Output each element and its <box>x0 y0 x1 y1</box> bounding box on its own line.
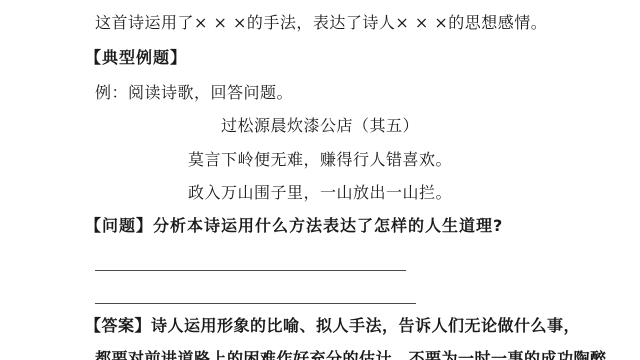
document-page: { "page": { "background_color": "#ffffff… <box>0 0 640 360</box>
poem-line-2: 政入万山围子里，一山放出一山拦。 <box>0 183 640 202</box>
example-lead-text: 例：阅读诗歌，回答问题。 <box>95 83 293 102</box>
answer-line-1: 【答案】诗人运用形象的比喻、拟人手法，告诉人们无论做什么事， <box>85 316 580 335</box>
intro-line: 这首诗运用了× × ×的手法，表达了诗人× × ×的思想感情。 <box>95 13 547 32</box>
answer-line-2-cutoff: 都要对前进道路上的困难作好充分的估计，不要为一时一事的成功陶醉 <box>95 349 607 360</box>
answer-blank-line-2 <box>95 303 416 304</box>
answer-blank-line-1 <box>95 270 406 271</box>
question-line: 【问题】分析本诗运用什么方法表达了怎样的人生道理? <box>85 216 503 235</box>
section-heading-typical-example: 【典型例题】 <box>85 48 187 67</box>
poem-title: 过松源晨炊漆公店（其五） <box>0 116 640 135</box>
poem-line-1: 莫言下岭便无难，赚得行人错喜欢。 <box>0 150 640 169</box>
